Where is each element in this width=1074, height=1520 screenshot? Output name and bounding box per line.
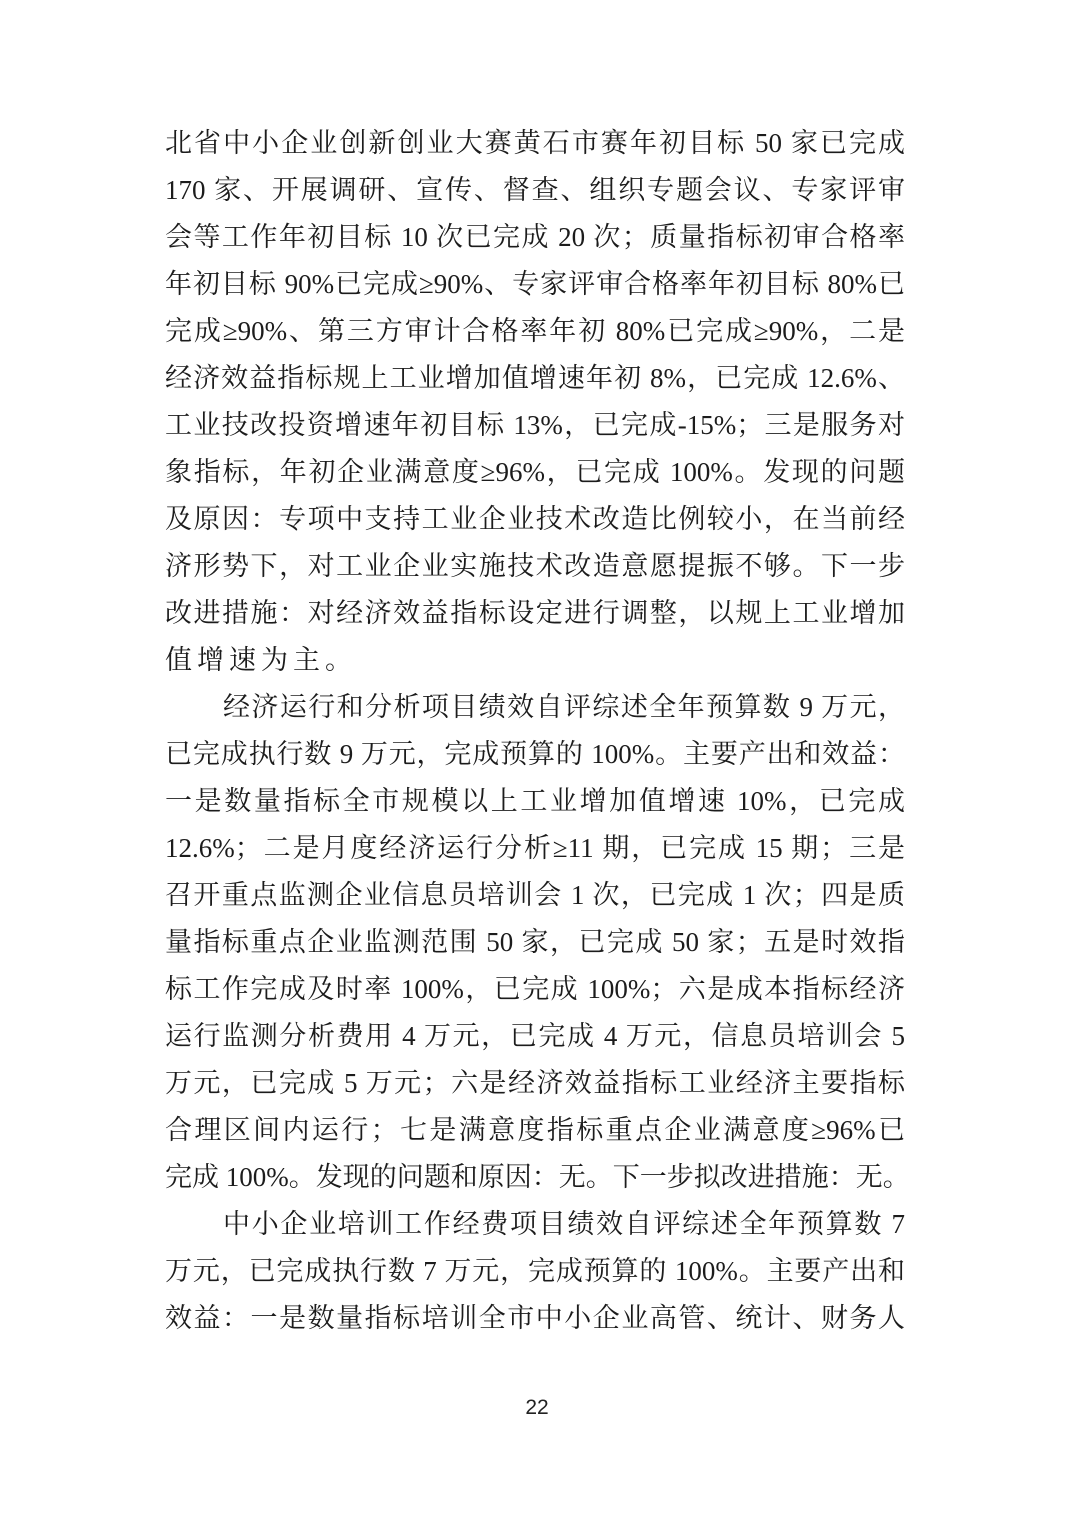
text-line: 改进措施：对经济效益指标设定进行调整，以规上工业增加 xyxy=(165,590,905,637)
text-line: 170 家、开展调研、宣传、督查、组织专题会议、专家评审 xyxy=(165,167,905,214)
text-line-paragraph-start: 经济运行和分析项目绩效自评综述全年预算数 9 万元， xyxy=(165,684,905,731)
text-line: 北省中小企业创新创业大赛黄石市赛年初目标 50 家已完成 xyxy=(165,120,905,167)
text-line: 工业技改投资增速年初目标 13%，已完成-15%；三是服务对 xyxy=(165,402,905,449)
text-line: 完成 100%。发现的问题和原因：无。下一步拟改进措施：无。 xyxy=(165,1154,905,1201)
text-line: 运行监测分析费用 4 万元，已完成 4 万元，信息员培训会 5 xyxy=(165,1013,905,1060)
page-number: 22 xyxy=(0,1396,1074,1420)
text-line: 合理区间内运行；七是满意度指标重点企业满意度≥96%已 xyxy=(165,1107,905,1154)
text-line: 一是数量指标全市规模以上工业增加值增速 10%，已完成 xyxy=(165,778,905,825)
text-line: 效益：一是数量指标培训全市中小企业高管、统计、财务人 xyxy=(165,1295,905,1342)
text-line: 万元，已完成执行数 7 万元，完成预算的 100%。主要产出和 xyxy=(165,1248,905,1295)
text-line: 象指标，年初企业满意度≥96%，已完成 100%。发现的问题 xyxy=(165,449,905,496)
text-line: 完成≥90%、第三方审计合格率年初 80%已完成≥90%，二是 xyxy=(165,308,905,355)
text-line: 会等工作年初目标 10 次已完成 20 次；质量指标初审合格率 xyxy=(165,214,905,261)
text-line: 济形势下，对工业企业实施技术改造意愿提振不够。下一步 xyxy=(165,543,905,590)
text-line: 经济效益指标规上工业增加值增速年初 8%，已完成 12.6%、 xyxy=(165,355,905,402)
text-line: 已完成执行数 9 万元，完成预算的 100%。主要产出和效益： xyxy=(165,731,905,778)
text-line: 及原因：专项中支持工业企业技术改造比例较小，在当前经 xyxy=(165,496,905,543)
document-body-text: 北省中小企业创新创业大赛黄石市赛年初目标 50 家已完成 170 家、开展调研、… xyxy=(165,120,905,1342)
text-line: 年初目标 90%已完成≥90%、专家评审合格率年初目标 80%已 xyxy=(165,261,905,308)
text-line: 万元，已完成 5 万元；六是经济效益指标工业经济主要指标 xyxy=(165,1060,905,1107)
text-line: 标工作完成及时率 100%，已完成 100%；六是成本指标经济 xyxy=(165,966,905,1013)
text-line: 12.6%；二是月度经济运行分析≥11 期，已完成 15 期；三是 xyxy=(165,825,905,872)
text-line-paragraph-start: 中小企业培训工作经费项目绩效自评综述全年预算数 7 xyxy=(165,1201,905,1248)
text-line-paragraph-end: 值增速为主。 xyxy=(165,637,905,684)
document-page: 北省中小企业创新创业大赛黄石市赛年初目标 50 家已完成 170 家、开展调研、… xyxy=(0,0,1074,1520)
text-line: 量指标重点企业监测范围 50 家，已完成 50 家；五是时效指 xyxy=(165,919,905,966)
text-line: 召开重点监测企业信息员培训会 1 次，已完成 1 次；四是质 xyxy=(165,872,905,919)
